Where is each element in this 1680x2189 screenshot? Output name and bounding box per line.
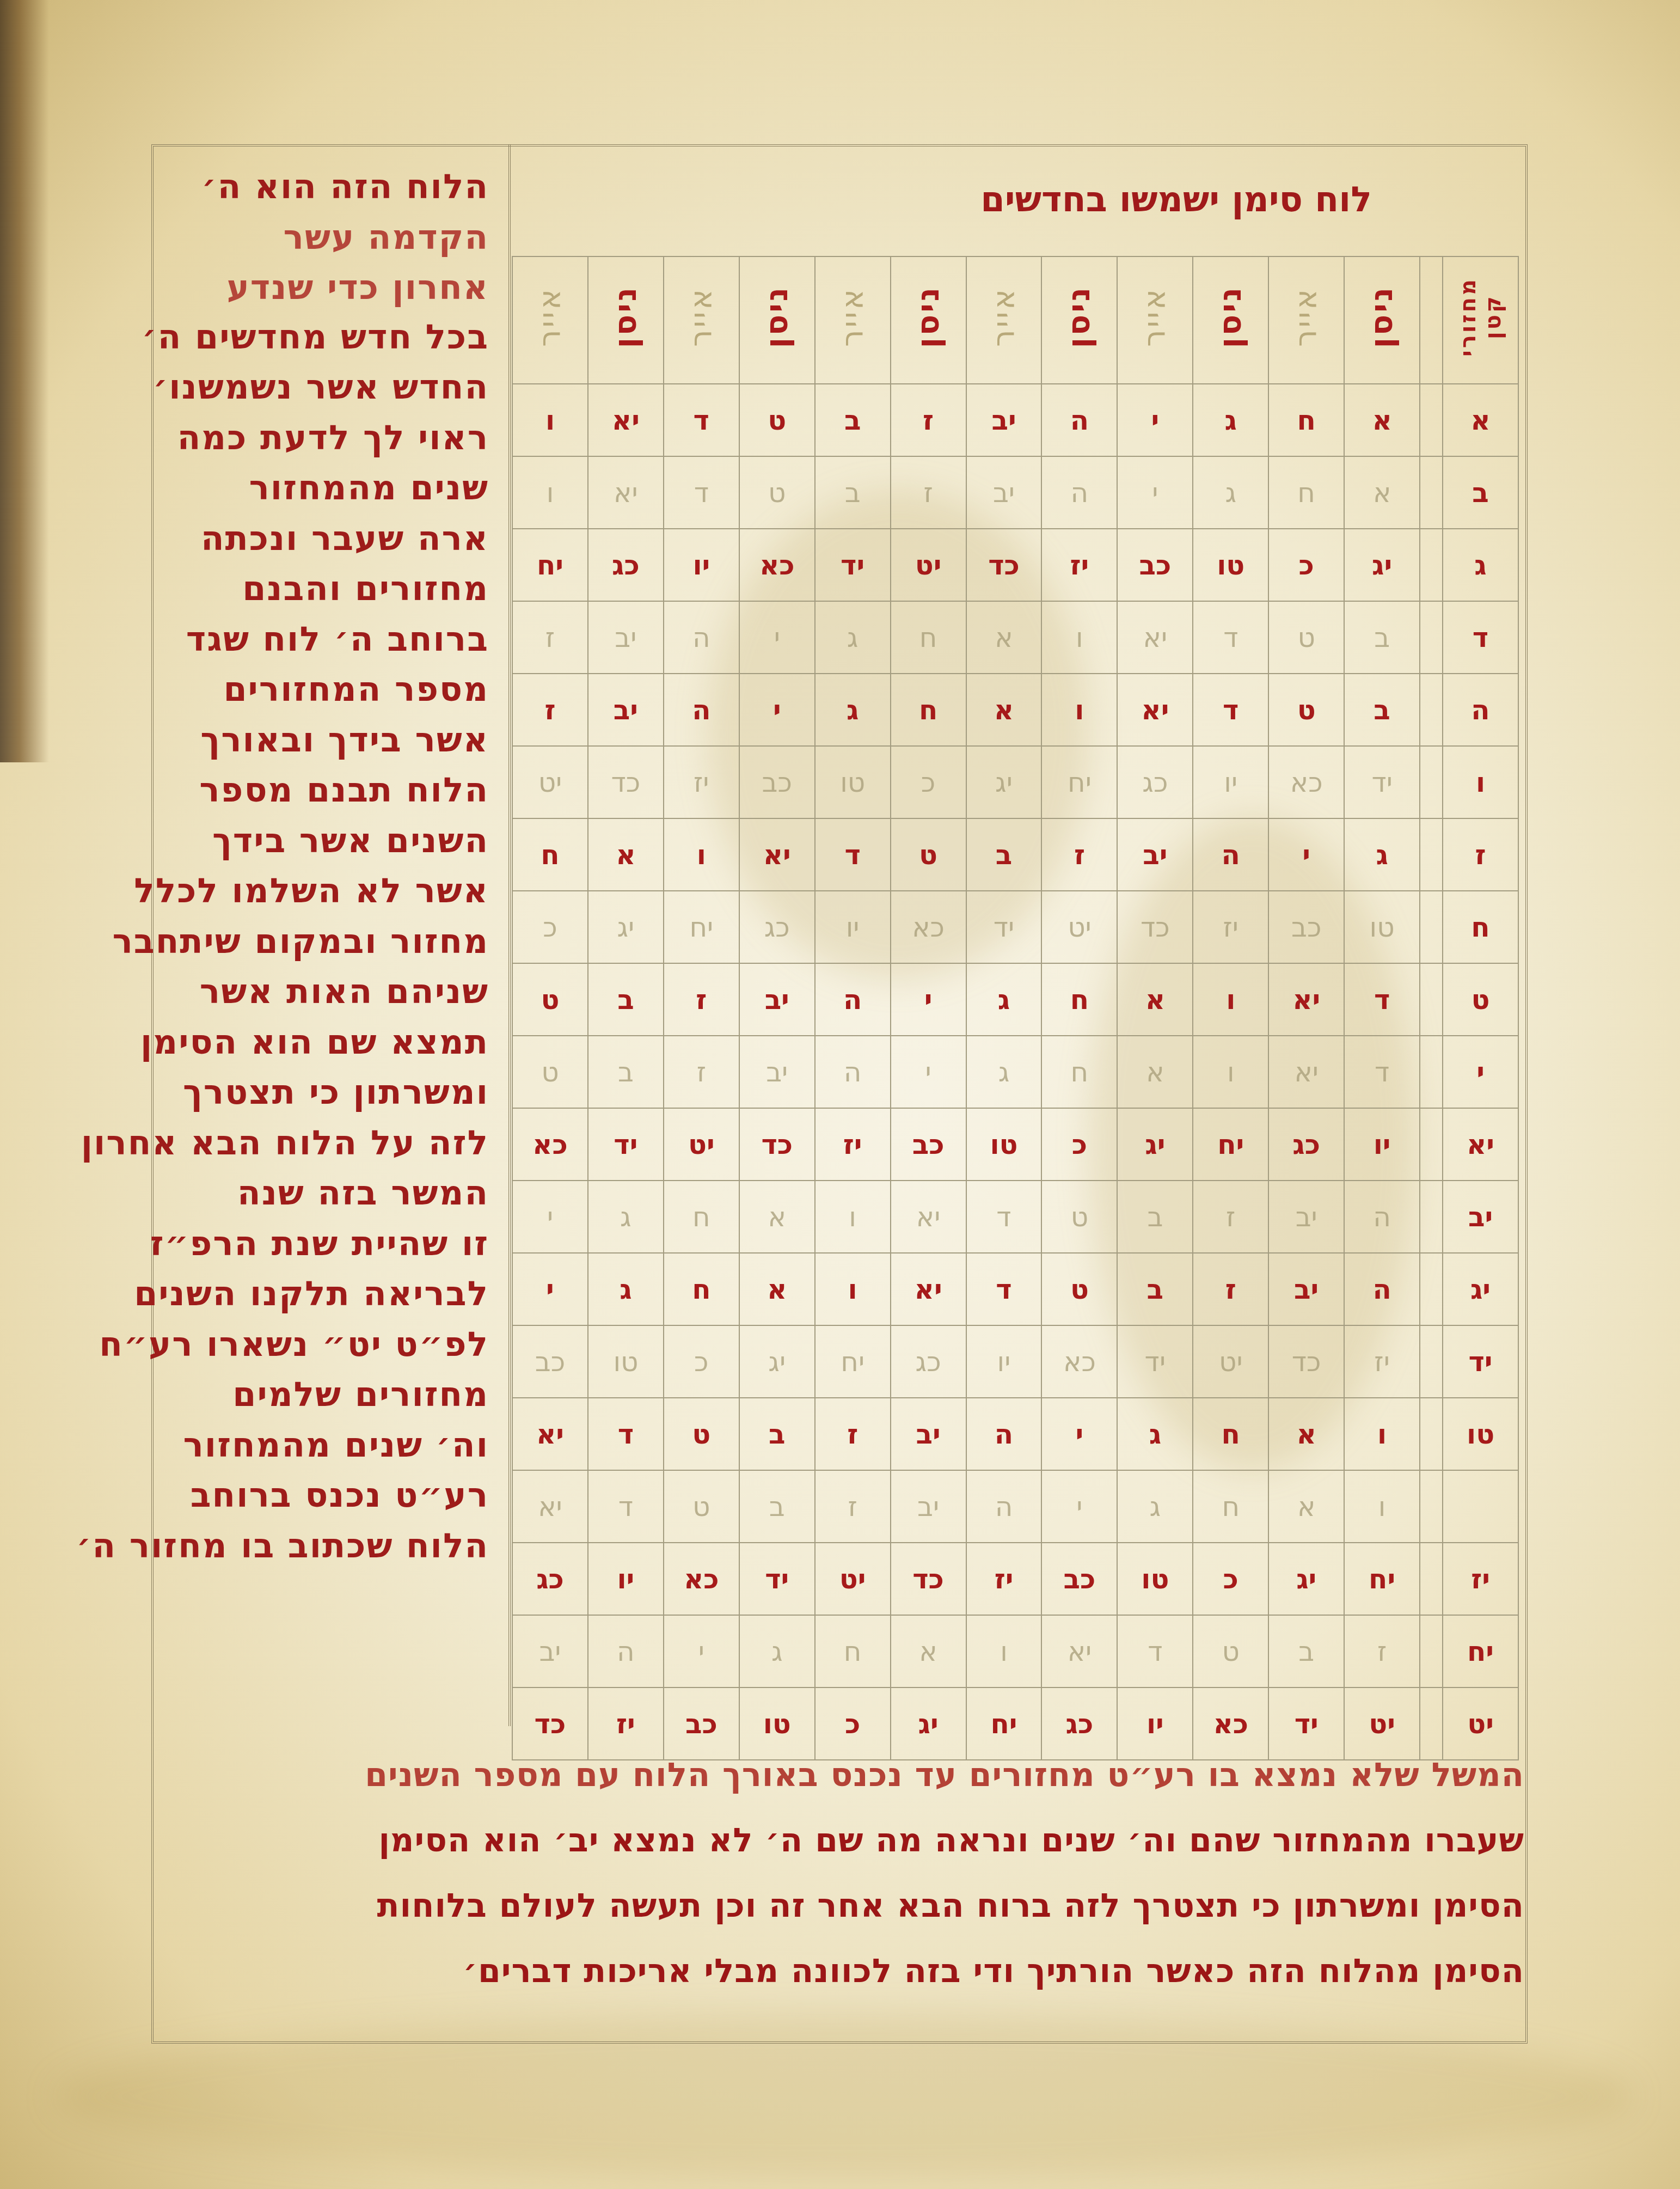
column-header: ניסן xyxy=(1193,256,1268,384)
side-text-line: הלוח הזה הוא ה׳ xyxy=(162,161,489,211)
table-cell: טו xyxy=(1117,1543,1193,1615)
table-cell: כב xyxy=(512,1325,588,1398)
table-cell: יט xyxy=(815,1543,891,1615)
table-cell: כד xyxy=(739,1108,815,1181)
table-cell: א xyxy=(1344,456,1420,529)
side-text-line: מחזורים שלמים xyxy=(162,1369,489,1420)
calendar-table-area: מחזורי קטןניסןאיירניסןאיירניסןאיירניסןאי… xyxy=(512,256,1524,1737)
table-cell: ט xyxy=(1193,1615,1268,1687)
side-text-line: שנים מהמחזור xyxy=(162,463,489,513)
table-cell: ו xyxy=(664,818,739,891)
table-cell: ז xyxy=(512,674,588,746)
table-cell: יא xyxy=(1268,963,1344,1036)
table-cell: כד xyxy=(966,529,1042,601)
table-cell: ג xyxy=(1117,1470,1193,1543)
table-cell: טו xyxy=(966,1108,1042,1181)
table-cell: כד xyxy=(891,1543,966,1615)
table-row: דבטדיאואחגיהיבז xyxy=(512,601,1518,674)
table-cell: ו xyxy=(1193,1036,1268,1108)
table-cell: כא xyxy=(739,529,815,601)
side-text-line: מספר המחזורים xyxy=(162,664,489,715)
table-cell: כא xyxy=(1041,1325,1117,1398)
table-cell: א xyxy=(966,674,1042,746)
row-spacer xyxy=(1420,1615,1443,1687)
row-spacer xyxy=(1420,1398,1443,1470)
table-cell: ג xyxy=(1193,456,1268,529)
table-cell: ג xyxy=(966,963,1042,1036)
table-cell: יג xyxy=(1344,529,1420,601)
table-cell: ח xyxy=(512,818,588,891)
table-cell: יג xyxy=(966,746,1042,818)
table-cell: ו xyxy=(1193,963,1268,1036)
table-row: אאחגיהיבזבטדיאו xyxy=(512,384,1518,456)
side-text-line: ברוחב ה׳ לוח שגד xyxy=(162,614,489,665)
row-spacer xyxy=(1420,1253,1443,1325)
table-cell: ז xyxy=(664,963,739,1036)
table-cell: יז xyxy=(815,1108,891,1181)
table-cell: ו xyxy=(815,1181,891,1253)
table-cell: ב xyxy=(1117,1253,1193,1325)
row-label: יג xyxy=(1443,1253,1518,1325)
table-row: יזיחיגכטוכביזכדיטידכאיוכג xyxy=(512,1543,1518,1615)
table-cell: ד xyxy=(1117,1615,1193,1687)
table-cell: ד xyxy=(588,1398,664,1470)
table-row: טוואחגיהיבזבטדיא xyxy=(512,1398,1518,1470)
table-cell: י xyxy=(891,963,966,1036)
table-cell: כד xyxy=(1117,891,1193,963)
table-cell: ו xyxy=(966,1615,1042,1687)
bottom-text-line: הסימן ומשרתון כי תצטרך לזה ברוח הבא אחר … xyxy=(131,1873,1524,1939)
table-cell: יז xyxy=(1193,891,1268,963)
table-cell: ח xyxy=(1041,1036,1117,1108)
side-text-line: מחזורים והבנם xyxy=(162,564,489,614)
table-cell: יז xyxy=(966,1543,1042,1615)
table-cell: כב xyxy=(1117,529,1193,601)
table-cell: כא xyxy=(664,1543,739,1615)
table-row: חטוכביזכדיטידכאיוכגיחיגכ xyxy=(512,891,1518,963)
side-text-column: הלוח הזה הוא ה׳הקדמה עשראחרון כדי שנדעבכ… xyxy=(151,144,511,1726)
column-header-label: ניסן xyxy=(759,285,795,348)
table-cell: יב xyxy=(588,674,664,746)
table-row: ידיזכדיטידכאיוכגיחיגכטוכב xyxy=(512,1325,1518,1398)
table-cell: יו xyxy=(1344,1108,1420,1181)
table-cell: א xyxy=(588,818,664,891)
corner-header-label: מחזורי קטן xyxy=(1456,257,1506,377)
row-label: טו xyxy=(1443,1398,1518,1470)
table-cell: י xyxy=(739,601,815,674)
side-text-line: הלוח תבנם מספר xyxy=(162,765,489,816)
table-cell: ט xyxy=(1041,1253,1117,1325)
side-text-line: אחרון כדי שנדע xyxy=(162,261,489,312)
table-cell: ג xyxy=(588,1253,664,1325)
corner-header: מחזורי קטן xyxy=(1443,256,1518,384)
row-label xyxy=(1443,1470,1518,1543)
side-text-line: הלוח שכתוב בו מחזור ה׳ xyxy=(162,1521,489,1572)
row-spacer xyxy=(1420,963,1443,1036)
table-cell: יו xyxy=(815,891,891,963)
table-cell: כ xyxy=(1193,1543,1268,1615)
table-row: הבטדיאואחגיהיבז xyxy=(512,674,1518,746)
table-cell: ה xyxy=(588,1615,664,1687)
side-text-line: השנים אשר בידך xyxy=(162,816,489,866)
table-cell: כב xyxy=(1268,891,1344,963)
row-label: ד xyxy=(1443,601,1518,674)
table-cell: ח xyxy=(815,1615,891,1687)
table-cell: יז xyxy=(1344,1325,1420,1398)
table-cell: יח xyxy=(512,529,588,601)
table-cell: יב xyxy=(739,1036,815,1108)
row-label: א xyxy=(1443,384,1518,456)
table-row: יאיוכגיחיגכטוכביזכדיטידכא xyxy=(512,1108,1518,1181)
row-spacer xyxy=(1420,384,1443,456)
table-cell: יד xyxy=(815,529,891,601)
table-cell: יב xyxy=(891,1398,966,1470)
table-cell: ה xyxy=(966,1398,1042,1470)
side-text-line: רע״ט נכנס ברוחב xyxy=(162,1470,489,1521)
column-header-label: אייר xyxy=(684,287,719,347)
table-cell: ב xyxy=(739,1470,815,1543)
table-cell: ו xyxy=(1344,1398,1420,1470)
table-cell: יב xyxy=(966,384,1042,456)
table-cell: כג xyxy=(739,891,815,963)
table-cell: יז xyxy=(1041,529,1117,601)
table-cell: יז xyxy=(664,746,739,818)
table-cell: ב xyxy=(1344,674,1420,746)
row-spacer xyxy=(1420,456,1443,529)
table-cell: יא xyxy=(588,384,664,456)
side-text-line: זו שהיית שנת הרפ״ז xyxy=(162,1219,489,1269)
table-cell: ה xyxy=(1041,456,1117,529)
table-cell: ז xyxy=(1344,1615,1420,1687)
side-text-line: הקדמה עשר xyxy=(162,211,489,262)
table-cell: י xyxy=(664,1615,739,1687)
table-cell: ד xyxy=(1193,601,1268,674)
bottom-text-line: המשל שלא נמצא בו רע״ט מחזורים עד נכנס בא… xyxy=(131,1742,1524,1808)
table-cell: ח xyxy=(891,601,966,674)
table-cell: ה xyxy=(1193,818,1268,891)
table-cell: ט xyxy=(512,1036,588,1108)
table-cell: ד xyxy=(588,1470,664,1543)
table-row: יבהיבזבטדיאואחגי xyxy=(512,1181,1518,1253)
row-spacer xyxy=(1420,891,1443,963)
table-cell: ג xyxy=(739,1615,815,1687)
column-header-label: ניסן xyxy=(608,285,643,348)
column-header-label: ניסן xyxy=(1062,285,1097,348)
table-cell: ז xyxy=(815,1398,891,1470)
table-cell: ג xyxy=(815,674,891,746)
row-spacer xyxy=(1420,1325,1443,1398)
table-cell: י xyxy=(1041,1470,1117,1543)
table-cell: ז xyxy=(664,1036,739,1108)
column-header-row: מחזורי קטןניסןאיירניסןאיירניסןאיירניסןאי… xyxy=(512,256,1518,384)
side-text-line: ארה שעבר ונכתה xyxy=(162,513,489,564)
table-cell: יא xyxy=(1117,601,1193,674)
bottom-text-line: הסימן מהלוח הזה כאשר הורתיך ודי בזה לכוו… xyxy=(131,1939,1524,2004)
table-cell: טו xyxy=(815,746,891,818)
table-cell: ט xyxy=(512,963,588,1036)
row-spacer xyxy=(1420,601,1443,674)
table-cell: ד xyxy=(966,1181,1042,1253)
column-header: אייר xyxy=(512,256,588,384)
calendar-table: מחזורי קטןניסןאיירניסןאיירניסןאיירניסןאי… xyxy=(512,256,1519,1760)
table-cell: טו xyxy=(1344,891,1420,963)
table-title: לוח סימן ישמשו בחדשים xyxy=(849,180,1372,220)
table-cell: ג xyxy=(1117,1398,1193,1470)
table-cell: יד xyxy=(966,891,1042,963)
column-header: ניסן xyxy=(739,256,815,384)
table-cell: יא xyxy=(1041,1615,1117,1687)
table-cell: ז xyxy=(891,384,966,456)
row-spacer xyxy=(1420,1543,1443,1615)
table-cell: ב xyxy=(1268,1615,1344,1687)
table-cell: יב xyxy=(739,963,815,1036)
table-cell: יב xyxy=(1117,818,1193,891)
column-header-label: ניסן xyxy=(1213,285,1248,348)
table-cell: טו xyxy=(1193,529,1268,601)
side-text-line: לבריאה תלקנו השנים xyxy=(162,1269,489,1319)
column-header-label: אייר xyxy=(986,287,1022,347)
table-cell: יב xyxy=(891,1470,966,1543)
table-cell: יב xyxy=(588,601,664,674)
table-cell: י xyxy=(1268,818,1344,891)
table-cell: י xyxy=(891,1036,966,1108)
side-text-line: מחזור ובמקום שיתחבר xyxy=(162,916,489,967)
column-header-label: אייר xyxy=(835,287,870,347)
side-text-line: שניהם האות אשר xyxy=(162,967,489,1017)
table-cell: ח xyxy=(891,674,966,746)
table-cell: י xyxy=(512,1253,588,1325)
table-cell: כג xyxy=(891,1325,966,1398)
table-cell: ז xyxy=(512,601,588,674)
table-cell: ה xyxy=(815,963,891,1036)
table-cell: ט xyxy=(1268,601,1344,674)
row-label: ו xyxy=(1443,746,1518,818)
table-cell: כג xyxy=(512,1543,588,1615)
column-header: אייר xyxy=(815,256,891,384)
table-cell: א xyxy=(1344,384,1420,456)
table-cell: כ xyxy=(1041,1108,1117,1181)
table-cell: ח xyxy=(1193,1470,1268,1543)
table-cell: יח xyxy=(1344,1543,1420,1615)
table-row: יגהיבזבטדיאואחגי xyxy=(512,1253,1518,1325)
table-cell: י xyxy=(512,1181,588,1253)
side-text-line: בכל חדש מחדשים ה׳ xyxy=(162,312,489,363)
table-cell: ח xyxy=(664,1181,739,1253)
table-cell: ב xyxy=(739,1398,815,1470)
table-cell: ב xyxy=(1117,1181,1193,1253)
table-cell: כא xyxy=(1268,746,1344,818)
table-cell: ט xyxy=(739,456,815,529)
table-cell: ה xyxy=(815,1036,891,1108)
row-label: ה xyxy=(1443,674,1518,746)
column-header-label: ניסן xyxy=(1364,285,1400,348)
table-cell: יא xyxy=(1268,1036,1344,1108)
table-cell: כג xyxy=(1268,1108,1344,1181)
table-cell: א xyxy=(891,1615,966,1687)
table-cell: כ xyxy=(891,746,966,818)
table-cell: ג xyxy=(966,1036,1042,1108)
table-cell: ו xyxy=(512,384,588,456)
table-cell: יב xyxy=(966,456,1042,529)
table-cell: יח xyxy=(1193,1108,1268,1181)
table-cell: ד xyxy=(966,1253,1042,1325)
table-body: אאחגיהיבזבטדיאובאחגיהיבזבטדיאוגיגכטוכביז… xyxy=(512,384,1518,1760)
side-text-line: לזה על הלוח הבא אחרון xyxy=(162,1118,489,1169)
table-cell: יד xyxy=(1344,746,1420,818)
column-header: ניסן xyxy=(588,256,664,384)
table-cell: כ xyxy=(664,1325,739,1398)
side-text-line: אשר בידך ובאורך xyxy=(162,715,489,766)
table-cell: ט xyxy=(664,1470,739,1543)
table-cell: כא xyxy=(512,1108,588,1181)
table-cell: ב xyxy=(588,1036,664,1108)
row-label: ב xyxy=(1443,456,1518,529)
side-text-line: אשר לא השלמו לכלל xyxy=(162,866,489,916)
table-cell: כא xyxy=(891,891,966,963)
table-cell: ד xyxy=(664,384,739,456)
column-header: אייר xyxy=(966,256,1042,384)
table-cell: ח xyxy=(664,1253,739,1325)
table-cell: יא xyxy=(891,1253,966,1325)
table-cell: יא xyxy=(512,1470,588,1543)
row-label: ג xyxy=(1443,529,1518,601)
table-cell: א xyxy=(966,601,1042,674)
row-label: ז xyxy=(1443,818,1518,891)
table-cell: יא xyxy=(891,1181,966,1253)
table-cell: ב xyxy=(815,384,891,456)
table-row: ואחגיהיבזבטדיא xyxy=(512,1470,1518,1543)
row-spacer xyxy=(1420,1036,1443,1108)
table-cell: ט xyxy=(1041,1181,1117,1253)
table-row: באחגיהיבזבטדיאו xyxy=(512,456,1518,529)
table-cell: יח xyxy=(815,1325,891,1398)
table-cell: ב xyxy=(1344,601,1420,674)
table-cell: ח xyxy=(1193,1398,1268,1470)
table-cell: ג xyxy=(1344,818,1420,891)
row-label: יא xyxy=(1443,1108,1518,1181)
table-cell: יב xyxy=(512,1615,588,1687)
column-header: ניסן xyxy=(1344,256,1420,384)
table-row: זגיהיבזבטדיאואח xyxy=(512,818,1518,891)
table-cell: ט xyxy=(664,1398,739,1470)
table-cell: טו xyxy=(588,1325,664,1398)
table-cell: כד xyxy=(1268,1325,1344,1398)
table-cell: ח xyxy=(1268,456,1344,529)
header-spacer xyxy=(1420,256,1443,384)
table-cell: כג xyxy=(1117,746,1193,818)
table-cell: יג xyxy=(1268,1543,1344,1615)
side-text-line: ומשרתון כי תצטרך xyxy=(162,1067,489,1118)
table-cell: ד xyxy=(1344,963,1420,1036)
table-cell: א xyxy=(739,1253,815,1325)
column-header: ניסן xyxy=(1041,256,1117,384)
column-header-label: אייר xyxy=(532,287,568,347)
row-spacer xyxy=(1420,1470,1443,1543)
table-cell: כב xyxy=(891,1108,966,1181)
table-cell: ד xyxy=(1193,674,1268,746)
table-cell: י xyxy=(1117,384,1193,456)
table-cell: יט xyxy=(512,746,588,818)
row-label: יב xyxy=(1443,1181,1518,1253)
side-text-line: תמצא שם הוא הסימן xyxy=(162,1017,489,1068)
table-cell: יו xyxy=(966,1325,1042,1398)
column-header-label: אייר xyxy=(1137,287,1173,347)
table-cell: י xyxy=(1041,1398,1117,1470)
column-header: אייר xyxy=(1117,256,1193,384)
row-spacer xyxy=(1420,674,1443,746)
table-cell: יט xyxy=(1041,891,1117,963)
table-cell: יא xyxy=(1117,674,1193,746)
table-cell: יג xyxy=(1117,1108,1193,1181)
side-text-line: לפ״ט יט״ נשארו רע״ח xyxy=(162,1319,489,1370)
table-row: ידיאואחגיהיבזבט xyxy=(512,1036,1518,1108)
table-cell: ג xyxy=(1193,384,1268,456)
table-cell: יד xyxy=(1117,1325,1193,1398)
side-text-line: החדש אשר נשמשנו׳ xyxy=(162,362,489,413)
column-header: אייר xyxy=(1268,256,1344,384)
table-cell: ד xyxy=(815,818,891,891)
table-cell: ט xyxy=(1268,674,1344,746)
table-cell: ו xyxy=(512,456,588,529)
bottom-paragraph: המשל שלא נמצא בו רע״ט מחזורים עד נכנס בא… xyxy=(131,1742,1524,2004)
table-cell: ו xyxy=(1344,1470,1420,1543)
row-label: יח xyxy=(1443,1615,1518,1687)
table-row: גיגכטוכביזכדיטידכאיוכגיח xyxy=(512,529,1518,601)
table-cell: יט xyxy=(891,529,966,601)
side-text-line: המשר בזה שנה xyxy=(162,1168,489,1219)
table-cell: יד xyxy=(739,1543,815,1615)
table-cell: ז xyxy=(891,456,966,529)
table-cell: כד xyxy=(588,746,664,818)
table-cell: ו xyxy=(815,1253,891,1325)
table-cell: יח xyxy=(664,891,739,963)
table-cell: כג xyxy=(588,529,664,601)
table-cell: כב xyxy=(739,746,815,818)
table-cell: ז xyxy=(815,1470,891,1543)
table-cell: יג xyxy=(739,1325,815,1398)
table-cell: ו xyxy=(1041,674,1117,746)
table-cell: ה xyxy=(664,674,739,746)
row-label: י xyxy=(1443,1036,1518,1108)
row-label: יד xyxy=(1443,1325,1518,1398)
side-text-line: ראוי לך לדעת כמה xyxy=(162,413,489,463)
table-cell: ה xyxy=(664,601,739,674)
table-cell: ב xyxy=(966,818,1042,891)
table-cell: ד xyxy=(664,456,739,529)
table-cell: ז xyxy=(1193,1181,1268,1253)
table-cell: יט xyxy=(1193,1325,1268,1398)
column-header: ניסן xyxy=(891,256,966,384)
row-spacer xyxy=(1420,818,1443,891)
table-cell: ג xyxy=(588,1181,664,1253)
table-cell: יב xyxy=(1268,1181,1344,1253)
table-cell: ה xyxy=(1344,1253,1420,1325)
row-spacer xyxy=(1420,746,1443,818)
table-cell: ט xyxy=(891,818,966,891)
table-cell: ב xyxy=(588,963,664,1036)
table-cell: ד xyxy=(1344,1036,1420,1108)
table-cell: ט xyxy=(739,384,815,456)
manuscript-page: הלוח הזה הוא ה׳הקדמה עשראחרון כדי שנדעבכ… xyxy=(0,0,1680,2189)
row-label: ט xyxy=(1443,963,1518,1036)
table-cell: ח xyxy=(1268,384,1344,456)
table-row: וידכאיוכגיחיגכטוכביזכדיט xyxy=(512,746,1518,818)
row-spacer xyxy=(1420,1181,1443,1253)
column-header: אייר xyxy=(664,256,739,384)
column-header-label: אייר xyxy=(1289,287,1324,347)
table-cell: יח xyxy=(1041,746,1117,818)
table-cell: ז xyxy=(1193,1253,1268,1325)
